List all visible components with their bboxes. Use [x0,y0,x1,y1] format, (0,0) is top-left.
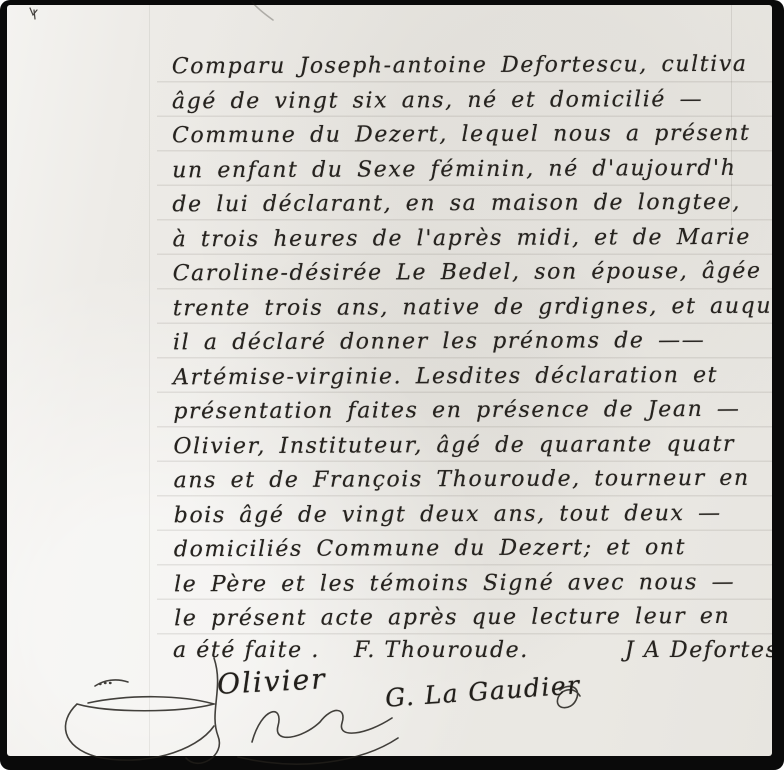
signature-defortescu: J A Defortescu [625,638,772,663]
text-line: domiciliés Commune du Dezert; et ont [174,531,772,568]
text-line: trente trois ans, native de grdignes, et… [173,289,772,326]
signature-olivier: Olivier [216,662,327,701]
text-line: présentation faites en présence de Jean … [173,393,772,430]
text-line: le Père et les témoins Signé avec nous — [174,565,772,602]
text-line: âgé de vingt six ans, né et domicilié — [172,82,771,119]
text-line: le présent acte après que lecture leur e… [174,600,772,637]
paper-fold-crease [149,5,150,756]
text-line: à trois heures de l'après midi, et de Ma… [172,220,771,257]
scanned-document: Comparu Joseph-antoine Defortescu, culti… [0,0,784,770]
signature-official: G. La Gaudier [384,670,581,713]
text-line: un enfant du Sexe féminin, né d'aujourd'… [172,151,771,188]
text-line: Caroline-désirée Le Bedel, son épouse, â… [173,255,772,292]
closing-text: a été faite . [173,638,320,663]
closing-line: a été faite .F. Thouroude.J A Defortescu [173,638,772,663]
text-line: Olivier, Instituteur, âgé de quarante qu… [173,427,772,464]
text-line: il a déclaré donner les prénoms de —— [173,324,772,361]
text-line: de lui déclarant, en sa maison de longte… [172,186,771,223]
text-line: bois âgé de vingt deux ans, tout deux — [174,496,772,533]
text-line: Comparu Joseph-antoine Defortescu, culti… [172,48,771,85]
signature-thouroude: F. Thouroude. [354,638,529,663]
text-line: Artémise-virginie. Lesdites déclaration … [173,358,772,395]
text-line: ans et de François Thouroude, tourneur e… [174,462,772,499]
text-line: Commune du Dezert, lequel nous a présent [172,117,771,154]
handwritten-text-block: Comparu Joseph-antoine Defortescu, culti… [172,48,772,637]
document-page: Comparu Joseph-antoine Defortescu, culti… [7,5,772,756]
